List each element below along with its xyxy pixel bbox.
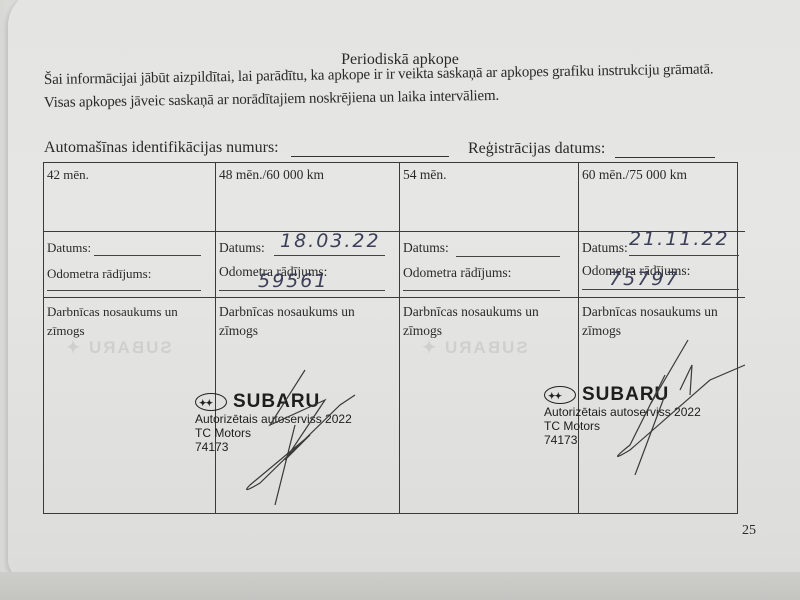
vehicle-id-value[interactable] — [291, 138, 449, 157]
date-field[interactable] — [456, 256, 560, 257]
handwritten-odometer: 59561 — [258, 270, 328, 292]
vehicle-id-label: Automašīnas identifikācijas numurs: — [44, 139, 279, 156]
record-cell-48: Datums: 18.03.22 Odometra rādījums: 5956… — [216, 232, 400, 298]
date-field[interactable] — [94, 255, 201, 256]
date-label: Datums: — [403, 240, 449, 255]
odometer-label: Odometra rādījums: — [47, 266, 151, 281]
subaru-logo-icon — [195, 393, 227, 411]
workshop-label: Darbnīcas nosaukums un zīmogs — [47, 302, 197, 340]
record-cell-54: Datums: Odometra rādījums: — [400, 232, 579, 298]
date-field[interactable] — [274, 255, 385, 256]
interval-cell-48: 48 mēn./60 000 km — [216, 163, 400, 232]
odometer-label: Odometra rādījums: — [403, 265, 511, 280]
stamp-line-3: 74173 — [195, 440, 352, 454]
interval-label: 54 mēn. — [403, 167, 447, 182]
workshop-label: Darbnīcas nosaukums un zīmogs — [219, 302, 379, 340]
interval-label: 48 mēn./60 000 km — [219, 167, 324, 182]
odometer-field[interactable] — [403, 290, 560, 291]
registration-date-value[interactable] — [615, 141, 715, 158]
stamp-line-1: Autorizētais autoserviss 2022 — [544, 405, 701, 419]
handwritten-date: 18.03.22 — [280, 230, 381, 252]
date-label: Datums: — [582, 240, 628, 255]
subaru-logo-icon — [544, 386, 576, 404]
interval-cell-54: 54 mēn. — [400, 163, 579, 232]
page-number: 25 — [742, 523, 756, 539]
stamp-line-2: TC Motors — [195, 426, 352, 440]
show-through-stamp: SUBARU ✦ — [420, 338, 528, 358]
vehicle-id-field[interactable]: Automašīnas identifikācijas numurs: — [44, 138, 449, 157]
date-label: Datums: — [47, 240, 91, 255]
interval-cell-60: 60 mēn./75 000 km — [579, 163, 745, 232]
record-cell-60: Datums: 21.11.22 Odometra rādījums: 7579… — [579, 232, 745, 298]
workshop-label: Darbnīcas nosaukums un zīmogs — [403, 302, 563, 340]
service-table: 42 mēn. 48 mēn./60 000 km 54 mēn. 60 mēn… — [43, 162, 738, 514]
interval-label: 60 mēn./75 000 km — [582, 167, 687, 182]
interval-cell-42: 42 mēn. — [44, 163, 216, 232]
handwritten-date: 21.11.22 — [629, 228, 730, 250]
odometer-field[interactable] — [47, 290, 201, 291]
stamp-line-2: TC Motors — [544, 419, 701, 433]
date-label: Datums: — [219, 240, 265, 255]
record-cell-42: Datums: Odometra rādījums: — [44, 232, 216, 298]
registration-date-label: Reģistrācijas datums: — [468, 140, 605, 157]
stamp-line-1: Autorizētais autoserviss 2022 — [195, 412, 352, 426]
interval-label: 42 mēn. — [47, 167, 89, 182]
workshop-stamp: SUBARU Autorizētais autoserviss 2022 TC … — [195, 392, 352, 454]
workshop-stamp: SUBARU Autorizētais autoserviss 2022 TC … — [544, 385, 701, 447]
date-field[interactable] — [629, 255, 739, 256]
table-surface — [0, 572, 800, 600]
workshop-label: Darbnīcas nosaukums un zīmogs — [582, 302, 742, 340]
stamp-line-3: 74173 — [544, 433, 701, 447]
registration-date-field[interactable]: Reģistrācijas datums: — [468, 140, 715, 158]
stamp-cell-42: Darbnīcas nosaukums un zīmogs SUBARU ✦ — [44, 298, 216, 513]
handwritten-odometer: 75797 — [609, 268, 679, 290]
show-through-stamp: SUBARU ✦ — [64, 338, 172, 358]
